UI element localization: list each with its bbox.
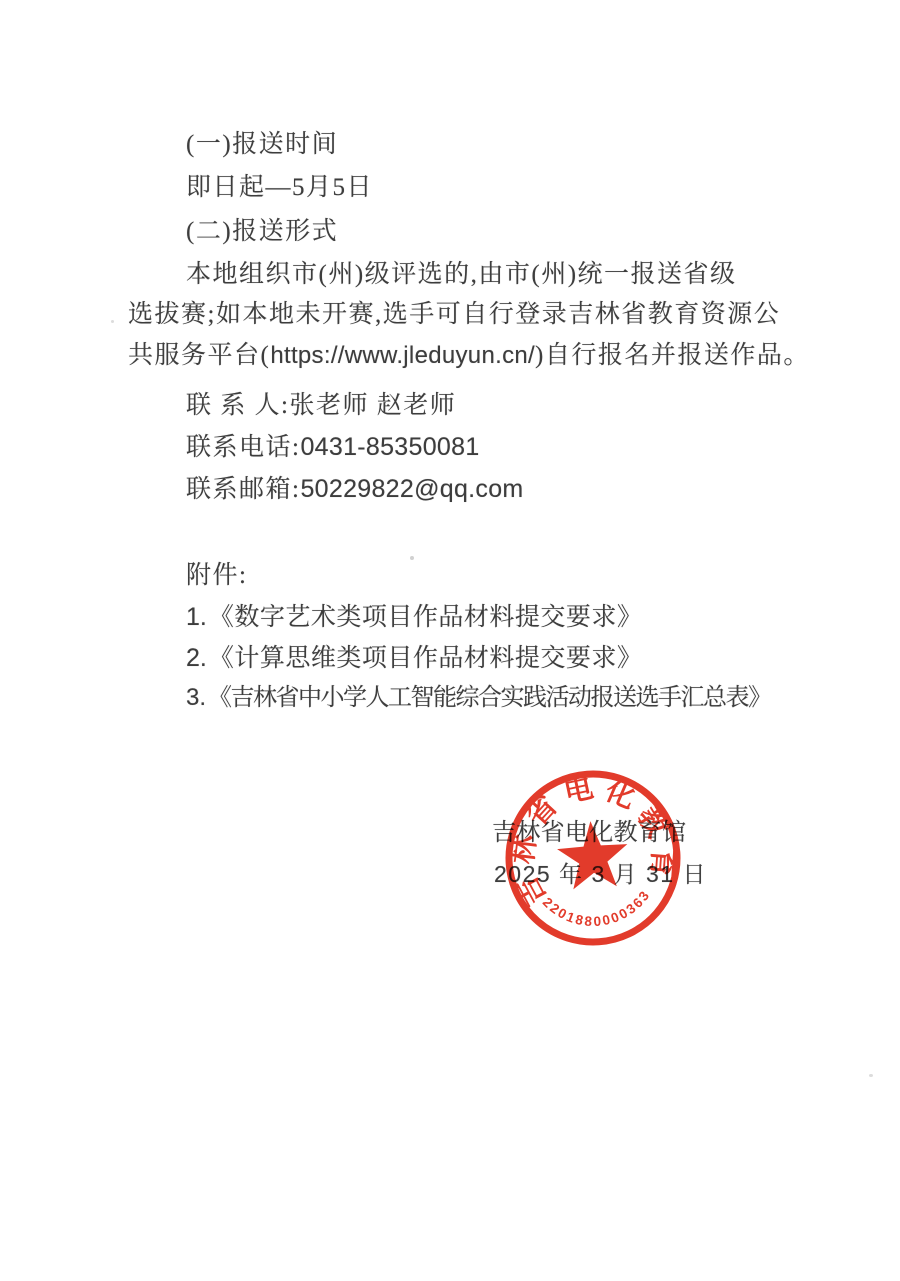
document-page: (一)报送时间 即日起—5月5日 (二)报送形式 本地组织市(州)级评选的,由市… <box>0 0 900 1281</box>
attachments-heading: 附件: <box>186 562 247 591</box>
paragraph-line-1: 本地组织市(州)级评选的,由市(州)统一报送省级 <box>186 261 737 290</box>
attachment-item-1: 1.《数字艺术类项目作品材料提交要求》 <box>186 603 642 633</box>
paragraph-line-3-prefix: 共服务平台( <box>128 342 270 369</box>
section-2-heading: (二)报送形式 <box>186 218 338 247</box>
attachment-2-title: 《计算思维类项目作品材料提交要求》 <box>209 645 643 672</box>
paragraph-line-3: 共服务平台(https://www.jleduyun.cn/)自行报名并报送作品… <box>128 342 810 371</box>
contact-email-row: 联系邮箱:50229822@qq.com <box>186 475 524 505</box>
contact-phone-label: 联系电话: <box>186 434 300 461</box>
contact-person-row: 联 系 人:张老师 赵老师 <box>186 392 456 421</box>
attachment-3-number: 3. <box>186 684 208 711</box>
contact-phone-row: 联系电话:0431-85350081 <box>186 433 480 463</box>
attachment-item-2: 2.《计算思维类项目作品材料提交要求》 <box>186 644 642 674</box>
star-icon <box>555 819 630 891</box>
official-seal: 吉林省电化教育馆 2201880000363 <box>486 751 699 964</box>
attachment-item-3: 3.《吉林省中小学人工智能综合实践活动报送选手汇总表》 <box>186 684 771 713</box>
contact-phone-value: 0431-85350081 <box>300 433 479 461</box>
scan-speck <box>111 320 114 323</box>
attachment-1-title: 《数字艺术类项目作品材料提交要求》 <box>209 604 643 631</box>
section-1-heading: (一)报送时间 <box>186 131 338 160</box>
paragraph-line-2: 选拔赛;如本地未开赛,选手可自行登录吉林省教育资源公 <box>128 301 780 330</box>
scan-speck <box>410 556 414 560</box>
scan-speck <box>869 1074 873 1077</box>
contact-email-label: 联系邮箱: <box>186 476 300 503</box>
attachment-3-title: 《吉林省中小学人工智能综合实践活动报送选手汇总表》 <box>208 685 771 711</box>
contact-person-value: 张老师 赵老师 <box>289 392 456 419</box>
attachment-2-number: 2. <box>186 644 209 672</box>
contact-person-label: 联 系 人: <box>186 392 289 419</box>
section-1-content: 即日起—5月5日 <box>186 174 373 203</box>
attachment-1-number: 1. <box>186 603 209 631</box>
platform-url: https://www.jleduyun.cn/ <box>270 342 535 369</box>
contact-email-value: 50229822@qq.com <box>300 475 523 503</box>
paragraph-line-3-suffix: )自行报名并报送作品。 <box>535 342 810 369</box>
